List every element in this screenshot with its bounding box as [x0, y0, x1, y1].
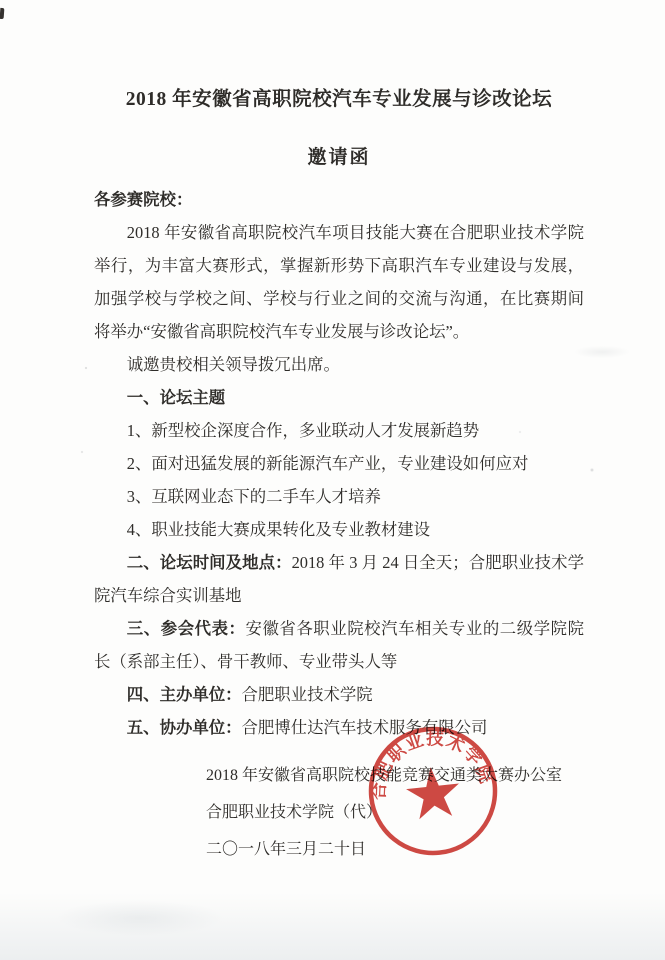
official-seal: 合肥职业技术学院 [352, 710, 514, 872]
seal-star-icon [404, 764, 462, 820]
section-delegates-label: 三、参会代表： [127, 619, 246, 638]
section-delegates: 三、参会代表：安徽省各职业院校汽车相关专业的二级学院院长（系部主任）、骨干教师、… [94, 612, 584, 678]
section-time-location: 二、论坛时间及地点：2018 年 3 月 24 日全天；合肥职业技术学院汽车综合… [94, 546, 584, 612]
topic-item-1: 1、新型校企深度合作，多业联动人才发展新趋势 [94, 414, 584, 447]
invitation-line: 诚邀贵校相关领导拨冗出席。 [94, 348, 584, 381]
section-time-location-label: 二、论坛时间及地点： [127, 553, 292, 572]
scan-artifact-mark [0, 8, 4, 19]
topic-item-2: 2、面对迅猛发展的新能源汽车产业，专业建设如何应对 [94, 447, 584, 480]
section-host-text: 合肥职业技术学院 [242, 685, 373, 704]
official-seal-graphic: 合肥职业技术学院 [352, 710, 514, 872]
document-subtitle: 邀请函 [94, 143, 584, 173]
section-host-label: 四、主办单位： [127, 685, 242, 704]
document-title: 2018 年安徽省高职院校汽车专业发展与诊改论坛 [94, 85, 584, 115]
section-topics-heading: 一、论坛主题 [94, 381, 584, 414]
intro-paragraph: 2018 年安徽省高职院校汽车项目技能大赛在合肥职业技术学院举行，为丰富大赛形式… [94, 216, 584, 348]
topic-item-4: 4、职业技能大赛成果转化及专业教材建设 [94, 513, 584, 546]
salutation: 各参赛院校： [94, 183, 584, 216]
section-cohost-label: 五、协办单位： [127, 718, 242, 737]
scanned-invitation-document: 2018 年安徽省高职院校汽车专业发展与诊改论坛 邀请函 各参赛院校： 2018… [0, 0, 665, 960]
topic-item-3: 3、互联网业态下的二手车人才培养 [94, 480, 584, 513]
section-host: 四、主办单位：合肥职业技术学院 [94, 678, 584, 711]
